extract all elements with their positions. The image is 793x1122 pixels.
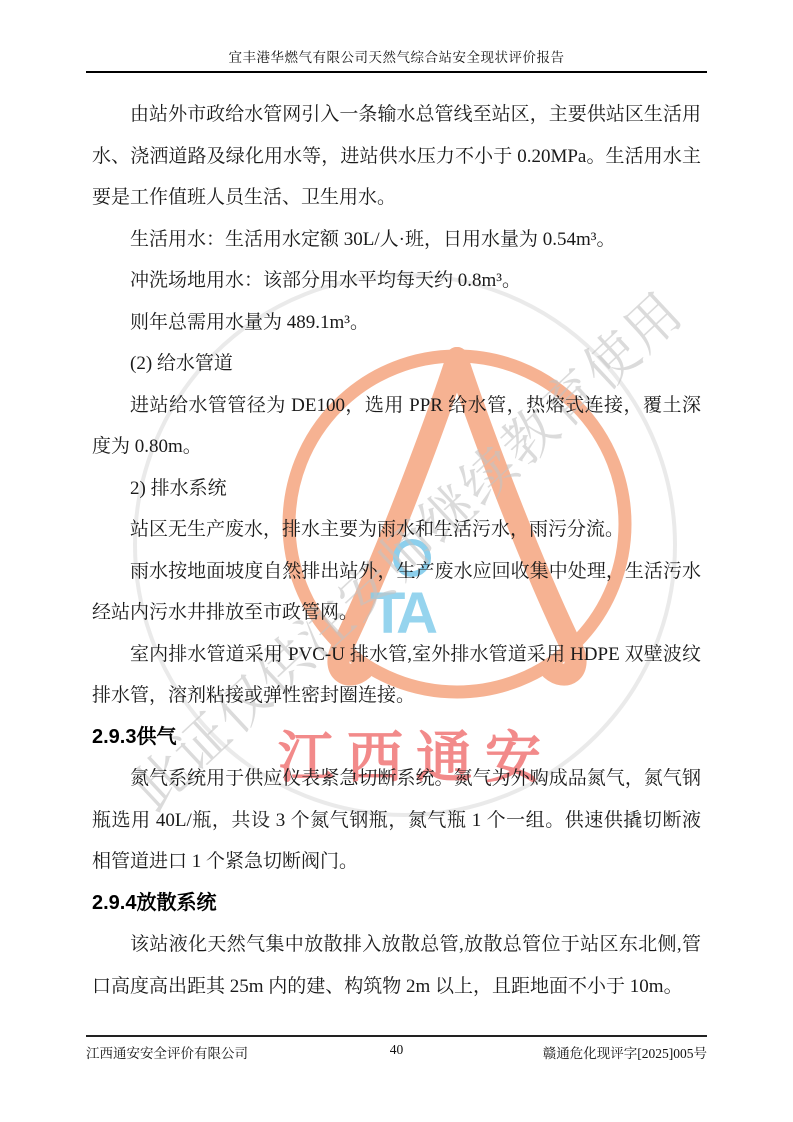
footer-doc-number: 赣通危化现评字[2025]005号 xyxy=(403,1042,707,1062)
report-page: TA 此证仅供注安师继续教育使用 江西通安 宜丰港华燃气有限公司天然气综合站安全… xyxy=(0,0,793,1122)
paragraph-drainage-title: 2) 排水系统 xyxy=(92,468,701,510)
paragraph-rainwater: 雨水按地面坡度自然排出站外，生产废水应回收集中处理，生活污水经站内污水井排放至市… xyxy=(92,551,701,634)
paragraph-flushing-water: 冲洗场地用水：该部分用水平均每天约 0.8m³。 xyxy=(92,260,701,302)
page-number: 40 xyxy=(390,1042,404,1058)
paragraph-drain-pipes: 室内排水管道采用 PVC-U 排水管,室外排水管道采用 HDPE 双壁波纹排水管… xyxy=(92,634,701,717)
report-title: 宜丰港华燃气有限公司天然气综合站安全现状评价报告 xyxy=(86,46,707,66)
paragraph-supply-pipe-title: (2) 给水管道 xyxy=(92,343,701,385)
paragraph-nitrogen-system: 氮气系统用于供应仪表紧急切断系统。氮气为外购成品氮气，氮气钢瓶选用 40L/瓶，… xyxy=(92,758,701,883)
paragraph-annual-water: 则年总需用水量为 489.1m³。 xyxy=(92,302,701,344)
page-footer: 江西通安安全评价有限公司 40 赣通危化现评字[2025]005号 xyxy=(86,1035,707,1062)
paragraph-drainage-intro: 站区无生产废水，排水主要为雨水和生活污水，雨污分流。 xyxy=(92,509,701,551)
paragraph-water-intro: 由站外市政给水管网引入一条输水总管线至站区，主要供站区生活用水、浇洒道路及绿化用… xyxy=(92,94,701,219)
page-header: 宜丰港华燃气有限公司天然气综合站安全现状评价报告 xyxy=(86,0,707,73)
footer-company: 江西通安安全评价有限公司 xyxy=(86,1042,390,1062)
section-heading-2-9-4: 2.9.4放散系统 xyxy=(92,883,701,925)
paragraph-supply-pipe: 进站给水管管径为 DE100，选用 PPR 给水管，热熔式连接，覆土深度为 0.… xyxy=(92,385,701,468)
section-heading-2-9-3: 2.9.3供气 xyxy=(92,717,701,759)
paragraph-vent-system: 该站液化天然气集中放散排入放散总管,放散总管位于站区东北侧,管口高度高出距其 2… xyxy=(92,924,701,1007)
document-body: 由站外市政给水管网引入一条输水总管线至站区，主要供站区生活用水、浇洒道路及绿化用… xyxy=(92,73,701,1007)
paragraph-domestic-water: 生活用水：生活用水定额 30L/人·班，日用水量为 0.54m³。 xyxy=(92,219,701,261)
